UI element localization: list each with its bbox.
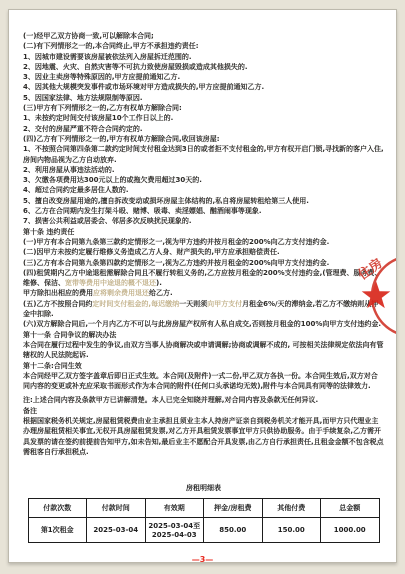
text-segment: 3、欠缴各项费用达300元以上的或拖欠费用超过30天的. (23, 176, 202, 184)
text-segment: 本合同经甲乙双方签字盖章后即日正式生效。本合同(及附件)一式二份,甲乙双方各执一… (23, 372, 378, 390)
text-segment: 5、擅自改变房屋用途的,擅自拆改变动或损坏房屋主体结构的,私自将房屋转租给第三人… (23, 197, 309, 205)
table-cell: 2025-03-04 (87, 518, 146, 543)
paragraph: (一)经甲乙双方协商一致,可以解除本合同; (23, 31, 384, 41)
text-segment: 2、利用房屋从事违法活动的. (23, 166, 115, 174)
paragraph: 5、擅自改变房屋用途的,擅自拆改变动或损坏房屋主体结构的,私自将房屋转租给第三人… (23, 196, 384, 206)
paragraph: 备注 (23, 406, 384, 416)
text-segment: 2、交付的房屋严重不符合合同约定的. (23, 125, 143, 133)
text-segment: 备注 (23, 407, 37, 415)
paragraph: 2、利用房屋从事违法活动的. (23, 165, 384, 175)
faded-text-segment: 宽带等费用中途退的概不退还 (65, 279, 156, 287)
faded-text-segment: 应将剩余费用退还 (93, 289, 149, 297)
table-cell: 第1次租金 (28, 518, 87, 543)
rent-table-title: 房租明细表 (23, 483, 384, 493)
paragraph: 第十条 违约责任 (23, 227, 384, 237)
text-segment: 4、因其他大规模突发事件或市场环境对甲方造成损失的,甲方应提前通知乙方. (23, 83, 264, 91)
paragraph: (六)双方解除合同后,一个月内乙方不可以与此房房屋产权所有人私自成交,否则按月租… (23, 319, 384, 329)
table-header-cell: 有效期 (145, 499, 204, 518)
text-segment: (二)有下列情形之一的,本合同终止,甲方不承担违约责任: (23, 42, 199, 50)
paragraph: 4、因其他大规模突发事件或市场环境对甲方造成损失的,甲方应提前通知乙方. (23, 82, 384, 92)
text-segment: (六)双方解除合同后,一个月内乙方不可以与此房房屋产权所有人私自成交,否则按月租… (23, 320, 381, 328)
table-row: 第1次租金2025-03-042025-03-04至 2025-04-03850… (28, 518, 379, 543)
faded-text-segment: 向甲方支付 (207, 300, 242, 308)
text-segment: (四)乙方有下列情形之一的,甲方有权单方解除合同,收回该房屋: (23, 135, 220, 143)
paragraph: (二)因甲方未按约定履行维修义务造成乙方人身、财产损失的,甲方应承担赔偿责任. (23, 247, 384, 257)
paragraph: 注:上述合同内容及条款甲方已讲解清楚。本人已完全知晓并理解,对合同内容及条款无任… (23, 395, 384, 405)
text-segment: (三)甲方有下列情形之一的,乙方有权单方解除合同: (23, 104, 182, 112)
faded-text-segment: 定时间支付租金的,每迟缴纳 (92, 300, 179, 308)
paragraph: 4、超过合同约定最多居住人数的. (23, 185, 384, 195)
paragraph: 2、因地震、火灾、自然灾害等不可抗力致使房屋毁损或造成其他损失的. (23, 62, 384, 72)
text-segment: 一天则须 (179, 300, 207, 308)
paragraph: 2、交付的房屋严重不符合合同约定的. (23, 124, 384, 134)
paragraph: 3、欠缴各项费用达300元以上的或拖欠费用超过30天的. (23, 175, 384, 185)
text-segment: 2、因地震、火灾、自然灾害等不可抗力致使房屋毁损或造成其他损失的. (23, 63, 248, 71)
text-segment: (一)甲方有本合同第九条第三款约定情形之一,视为甲方违约并按月租金的200%向乙… (23, 238, 329, 246)
text-segment: 1、未按约定时间交付该房屋10个工作日以上的. (23, 114, 173, 122)
paragraph: 本合同在履行过程中发生的争议,由双方当事人协商解决或申请调解;协商或调解不成的,… (23, 340, 384, 361)
table-cell: 1000.00 (321, 518, 380, 543)
paragraph: 甲方除扣出相应的费用应将剩余费用退还给乙方. (23, 288, 384, 298)
text-segment: 注:上述合同内容及条款甲方已讲解清楚。本人已完全知晓并理解,对合同内容及条款无任… (23, 396, 318, 404)
paragraph: 7、损害公共利益或居委会、邻居多次反映扰民现象的. (23, 216, 384, 226)
paragraph: 1、未按约定时间交付该房屋10个工作日以上的. (23, 113, 384, 123)
table-cell: 850.00 (204, 518, 263, 543)
text-segment: 5、因国家法律、地方法规限制等原因. (23, 94, 143, 102)
paragraph: (四)租赁期内乙方中途退租需解除合同且不履行转租义务的,乙方应按月租金的200%… (23, 268, 384, 289)
text-segment: 4、超过合同约定最多居住人数的. (23, 186, 129, 194)
text-segment: 1、因城市建设需要该房屋被依法列入房屋拆迁范围的. (23, 53, 192, 61)
text-segment: 1、不按照合同第四条第二款约定时间支付租金达到3日的或者拒不支付租金的,甲方有权… (23, 145, 384, 163)
paragraph: 5、因国家法律、地方法规限制等原因. (23, 93, 384, 103)
table-cell: 2025-03-04至 2025-04-03 (145, 518, 204, 543)
text-segment: 3、因业主卖房等特殊原因的,甲方应提前通知乙方. (23, 73, 180, 81)
table-header-cell: 其他付费 (262, 499, 321, 518)
paragraph: 第十一条 合同争议的解决办法 (23, 330, 384, 340)
text-segment: (一)经甲乙双方协商一致,可以解除本合同; (23, 32, 154, 40)
contract-page-sheet: (一)经甲乙双方协商一致,可以解除本合同;(二)有下列情形之一的,本合同终止,甲… (8, 9, 397, 563)
paragraph: (五)乙方不按照合同约定时间支付租金的,每迟缴纳一天则须向甲方支付月租金6%/天… (23, 299, 384, 320)
table-header-cell: 总金额 (321, 499, 380, 518)
table-header-cell: 付款次数 (28, 499, 87, 518)
paragraph: (四)乙方有下列情形之一的,甲方有权单方解除合同,收回该房屋: (23, 134, 384, 144)
paragraph: (二)有下列情形之一的,本合同终止,甲方不承担违约责任: (23, 41, 384, 51)
table-header-cell: 押金/房租费 (204, 499, 263, 518)
table-header-cell: 付款时间 (87, 499, 146, 518)
paragraph: (三)乙方有本合同第九条第四款约定情形之一,视为乙方违约并按月租金的200%向甲… (23, 258, 384, 268)
paragraph: (一)甲方有本合同第九条第三款约定情形之一,视为甲方违约并按月租金的200%向乙… (23, 237, 384, 247)
paragraph: 1、因城市建设需要该房屋被依法列入房屋拆迁范围的. (23, 52, 384, 62)
text-segment: (二)因甲方未按约定履行维修义务造成乙方人身、财产损失的,甲方应承担赔偿责任. (23, 248, 280, 256)
text-segment: 6、乙方在合同期内发生打架斗殴、赌博、吸毒、卖淫嫖娼、酗酒闹事等现象. (23, 207, 262, 215)
paragraph: 根据国家税务机关规定,房屋租赁税费由业主承担且须业主本人持房产证亲自到税务机关才… (23, 416, 384, 457)
rent-table-header-row: 付款次数付款时间有效期押金/房租费其他付费总金额 (28, 499, 379, 518)
paragraph: 6、乙方在合同期内发生打架斗殴、赌博、吸毒、卖淫嫖娼、酗酒闹事等现象. (23, 206, 384, 216)
paragraph: 第十二条:合同生效 (23, 361, 384, 371)
text-segment: (三)乙方有本合同第九条第四款约定情形之一,视为乙方违约并按月租金的200%向甲… (23, 259, 329, 267)
paragraph: 本合同经甲乙双方签字盖章后即日正式生效。本合同(及附件)一式二份,甲乙双方各执一… (23, 371, 384, 392)
paragraph: (三)甲方有下列情形之一的,乙方有权单方解除合同: (23, 103, 384, 113)
text-segment: 甲方除扣出相应的费用 (23, 289, 93, 297)
text-segment: ). (156, 279, 162, 287)
text-segment: 给乙方. (149, 289, 173, 297)
text-segment: 7、损害公共利益或居委会、邻居多次反映扰民现象的. (23, 217, 192, 225)
text-segment: 根据国家税务机关规定,房屋租赁税费由业主承担且须业主本人持房产证亲自到税务机关才… (23, 417, 384, 456)
rent-table: 付款次数付款时间有效期押金/房租费其他付费总金额 第1次租金2025-03-04… (28, 498, 380, 543)
text-segment: (五)乙方不按照合同约 (23, 300, 92, 308)
paragraph: 3、因业主卖房等特殊原因的,甲方应提前通知乙方. (23, 72, 384, 82)
text-segment: 第十二条:合同生效 (23, 362, 82, 370)
paragraph: 1、不按照合同第四条第二款约定时间支付租金达到3日的或者拒不支付租金的,甲方有权… (23, 144, 384, 165)
table-cell: 150.00 (262, 518, 321, 543)
text-segment: 第十条 违约责任 (23, 228, 74, 236)
text-segment: 第十一条 合同争议的解决办法 (23, 331, 116, 339)
page-number: —3— (9, 555, 396, 563)
text-segment: 本合同在履行过程中发生的争议,由双方当事人协商解决或申请调解;协商或调解不成的,… (23, 341, 384, 359)
rent-detail-block: 房租明细表 付款次数付款时间有效期押金/房租费其他付费总金额 第1次租金2025… (23, 483, 384, 543)
contract-body: (一)经甲乙双方协商一致,可以解除本合同;(二)有下列情形之一的,本合同终止,甲… (23, 31, 384, 479)
